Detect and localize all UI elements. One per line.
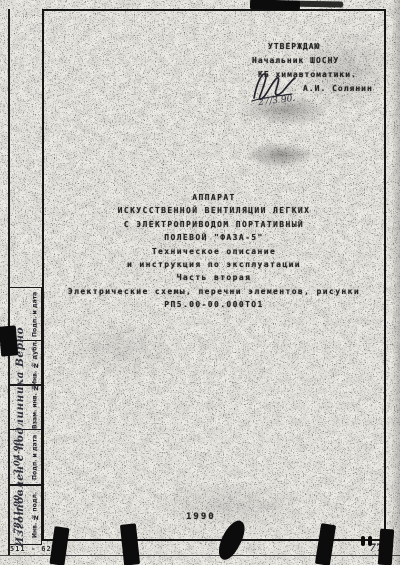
margin-field-label: Взам. инв. № bbox=[29, 385, 41, 429]
title-line: ПОЛЕВОЙ "ФАЗА-5" bbox=[44, 231, 384, 244]
title-line: и инструкция по эксплуатации bbox=[44, 258, 384, 271]
approval-line: Начальник ШОСНУ bbox=[252, 54, 392, 68]
binding-mark bbox=[378, 529, 394, 565]
year-label: 1990 bbox=[186, 512, 216, 522]
title-line: Техническое описание bbox=[44, 245, 384, 258]
margin-field-label: Инв. № дубл. bbox=[29, 341, 41, 385]
binding-mark bbox=[368, 536, 372, 546]
approval-line: УТВЕРЖДАЮ bbox=[268, 40, 392, 54]
approver-name: А.И. Солянин bbox=[303, 84, 373, 93]
title-block: АППАРАТ ИСКУССТВЕННОЙ ВЕНТИЛЯЦИИ ЛЕГКИХ … bbox=[44, 191, 384, 312]
margin-field-label: Подп. и дата bbox=[29, 288, 41, 340]
margin-field-label: Подп. и дата bbox=[29, 430, 41, 485]
footer-form-code: 511 - 62 bbox=[10, 545, 52, 553]
scan-edge-shadow bbox=[391, 0, 400, 565]
scanned-document-page: УТВЕРЖДАЮ Начальник ШОСНУ КБ химавтомати… bbox=[0, 0, 400, 565]
title-line: АППАРАТ bbox=[44, 191, 384, 204]
binding-mark bbox=[285, 0, 343, 7]
title-line: С ЭЛЕКТРОПРИВОДОМ ПОРТАТИВНЫЙ bbox=[44, 218, 384, 231]
margin-field-label: Инв. № подл. bbox=[29, 485, 41, 544]
binding-mark bbox=[0, 325, 18, 356]
document-number: РП5.00-00.000ТО1 bbox=[44, 298, 384, 311]
binding-mark bbox=[361, 536, 365, 546]
title-line: Часть вторая bbox=[44, 271, 384, 284]
title-line: ИСКУССТВЕННОЙ ВЕНТИЛЯЦИИ ЛЕГКИХ bbox=[44, 204, 384, 217]
title-line: Электрические схемы, перечни элементов, … bbox=[44, 285, 384, 298]
